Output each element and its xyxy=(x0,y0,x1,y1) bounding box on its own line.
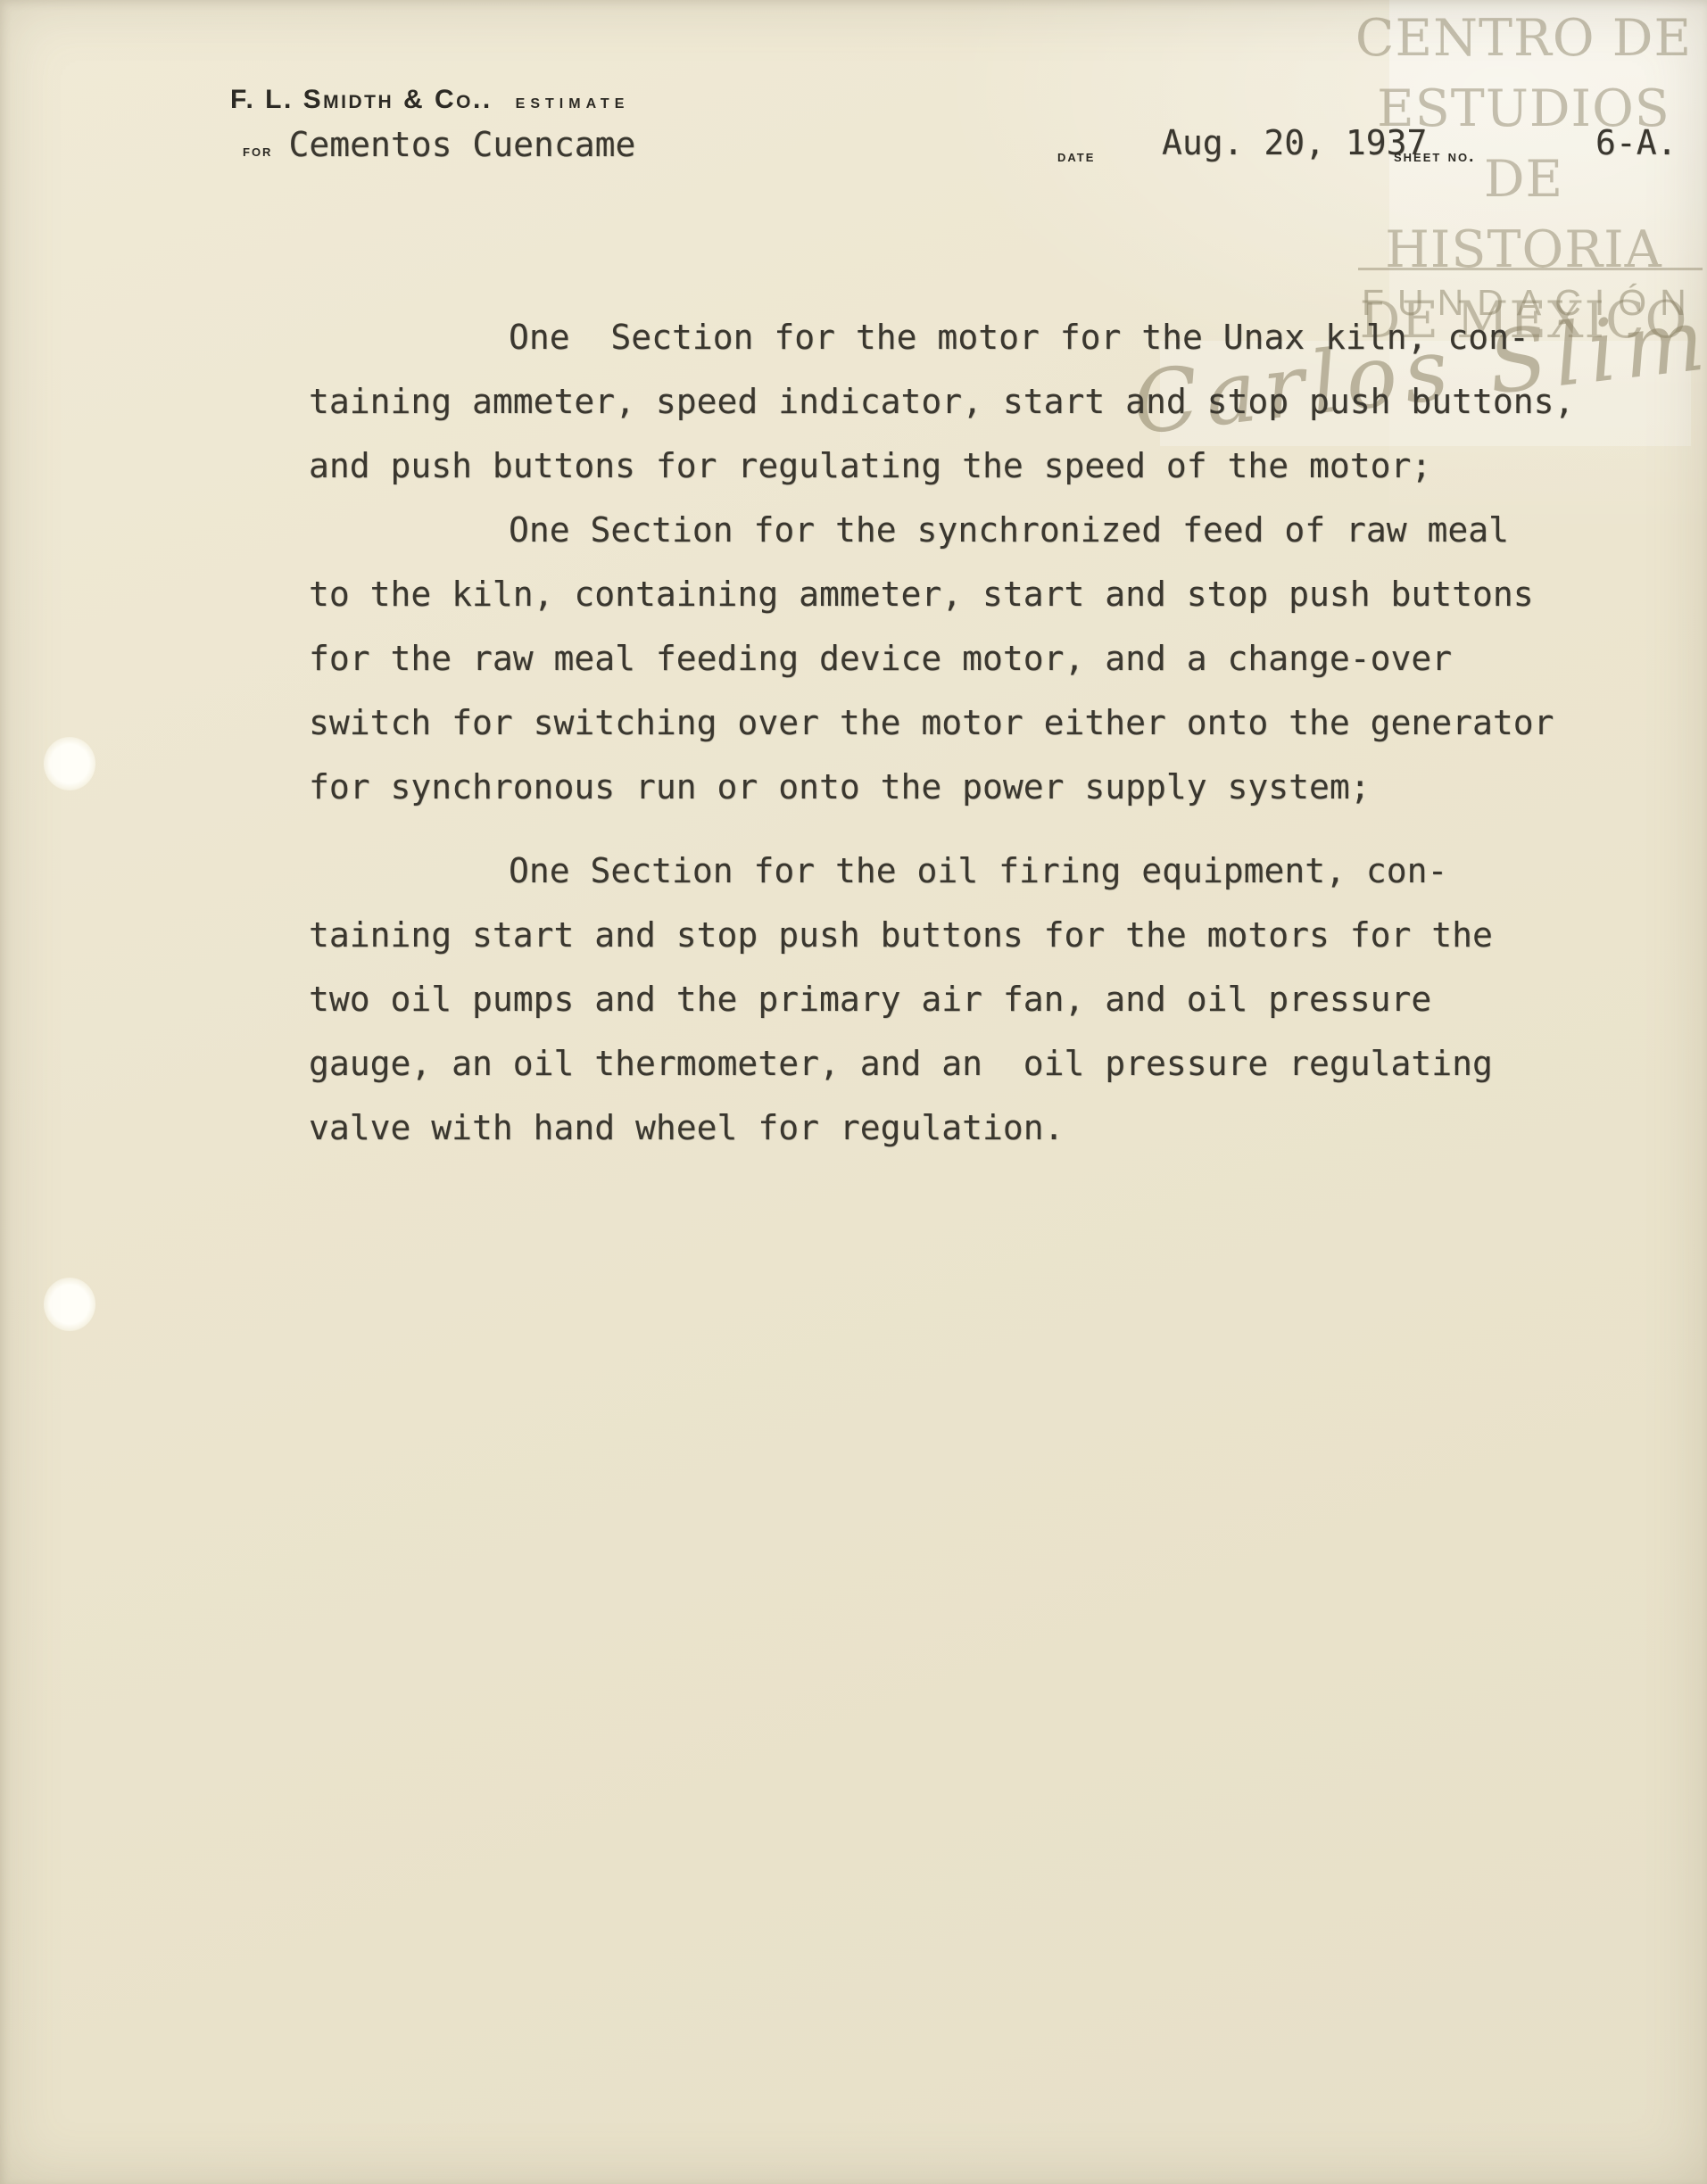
sheet-number-value: 6-A. xyxy=(1595,123,1678,162)
punch-hole xyxy=(44,1278,95,1331)
paragraph: One Section for the oil firing equipment… xyxy=(309,839,1629,1160)
typewritten-line: One Section for the synchronized feed of… xyxy=(309,498,1629,562)
estimate-label: estimate xyxy=(516,89,630,113)
document-page: CENTRO DE ESTUDIOS DE HISTORIA DE MEXICO… xyxy=(0,0,1707,2184)
typewritten-line: One Section for the oil firing equipment… xyxy=(309,839,1629,903)
watermark-divider xyxy=(1358,268,1703,270)
company-name: F. L. Smidth & Co.. xyxy=(230,85,493,115)
typewritten-line: switch for switching over the motor eith… xyxy=(309,691,1629,755)
typewritten-line: One Section for the motor for the Unax k… xyxy=(309,305,1629,369)
typewritten-line: taining ammeter, speed indicator, start … xyxy=(309,369,1629,434)
typewritten-line: taining start and stop push buttons for … xyxy=(309,903,1629,967)
typewritten-line: to the kiln, containing ammeter, start a… xyxy=(309,562,1629,626)
typewritten-line: valve with hand wheel for regulation. xyxy=(309,1096,1629,1160)
letterhead: F. L. Smidth & Co.. estimate xyxy=(230,85,629,115)
date-value: Aug. 20, 1937 xyxy=(1162,123,1427,162)
typewritten-line: for synchronous run or onto the power su… xyxy=(309,755,1629,819)
for-label: for xyxy=(243,142,272,161)
client-row: for Cementos Cuencame xyxy=(243,125,635,164)
sheet-number-label: sheet no. xyxy=(1394,147,1475,167)
typewritten-line: gauge, an oil thermometer, and an oil pr… xyxy=(309,1031,1629,1096)
document-body: One Section for the motor for the Unax k… xyxy=(309,305,1629,1160)
typewritten-line: and push buttons for regulating the spee… xyxy=(309,434,1629,498)
typewritten-line: for the raw meal feeding device motor, a… xyxy=(309,626,1629,691)
punch-hole xyxy=(44,737,95,790)
paragraph: One Section for the synchronized feed of… xyxy=(309,498,1629,819)
typewritten-line: two oil pumps and the primary air fan, a… xyxy=(309,967,1629,1031)
client-name: Cementos Cuencame xyxy=(288,125,635,164)
watermark-line: CENTRO DE xyxy=(1343,4,1704,74)
paragraph: One Section for the motor for the Unax k… xyxy=(309,305,1629,498)
date-label: date xyxy=(1057,147,1095,167)
